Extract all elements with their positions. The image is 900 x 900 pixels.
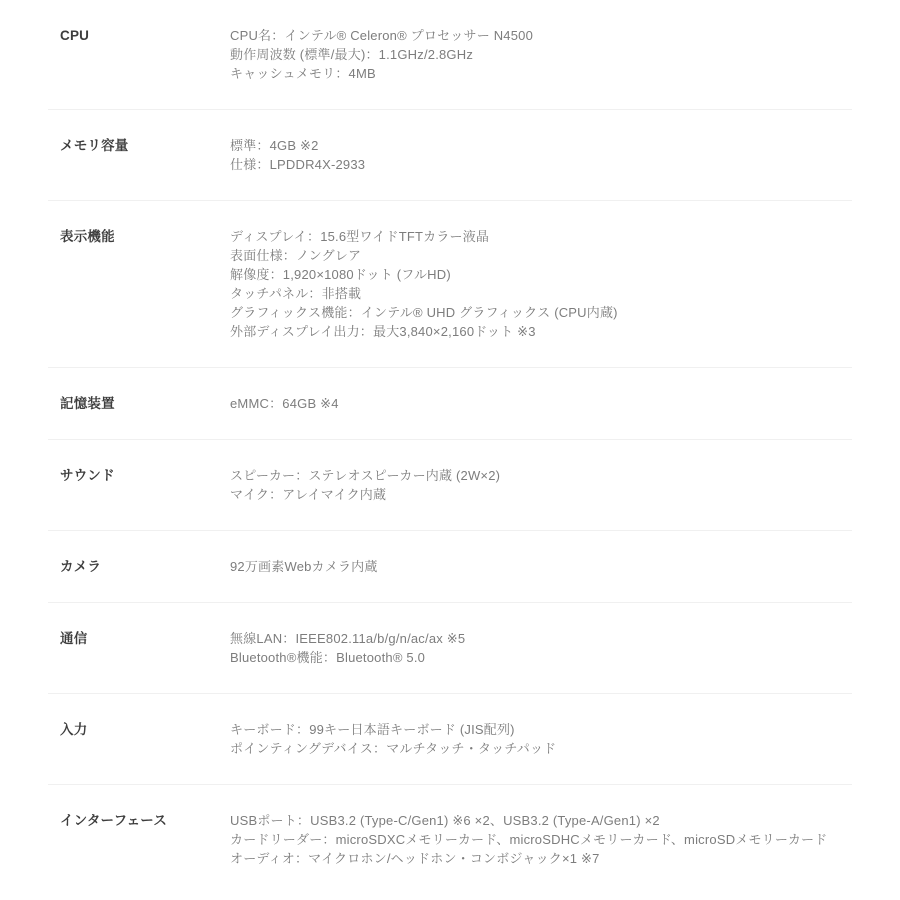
spec-line: キャッシュメモリ：4MB [230,64,852,83]
spec-row-label: 入力 [48,720,230,739]
spec-row: 通信 無線LAN：IEEE802.11a/b/g/n/ac/ax ※5Bluet… [48,603,852,694]
spec-line: グラフィックス機能：インテル® UHD グラフィックス (CPU内蔵) [230,303,852,322]
spec-line: カードリーダー：microSDXCメモリーカード、microSDHCメモリーカー… [230,830,852,849]
spec-line: eMMC：64GB ※4 [230,394,852,413]
spec-row-value: eMMC：64GB ※4 [230,394,852,413]
spec-line: キーボード：99キー日本語キーボード (JIS配列) [230,720,852,739]
spec-row: 記憶装置 eMMC：64GB ※4 [48,368,852,440]
spec-line: 解像度：1,920×1080ドット (フルHD) [230,265,852,284]
spec-line: 動作周波数 (標準/最大)：1.1GHz/2.8GHz [230,45,852,64]
spec-line: 仕様：LPDDR4X-2933 [230,155,852,174]
spec-line: 無線LAN：IEEE802.11a/b/g/n/ac/ax ※5 [230,629,852,648]
spec-row: 表示機能 ディスプレイ：15.6型ワイドTFTカラー液晶表面仕様：ノングレア解像… [48,201,852,368]
spec-table: CPU CPU名：インテル® Celeron® プロセッサー N4500動作周波… [48,0,852,894]
spec-row-value: CPU名：インテル® Celeron® プロセッサー N4500動作周波数 (標… [230,26,852,83]
spec-line: ディスプレイ：15.6型ワイドTFTカラー液晶 [230,227,852,246]
spec-line: スピーカー：ステレオスピーカー内蔵 (2W×2) [230,466,852,485]
spec-row-label: サウンド [48,466,230,485]
spec-line: ポインティングデバイス：マルチタッチ・タッチパッド [230,739,852,758]
spec-row-value: ディスプレイ：15.6型ワイドTFTカラー液晶表面仕様：ノングレア解像度：1,9… [230,227,852,341]
spec-row-value: 92万画素Webカメラ内蔵 [230,557,852,576]
spec-row-label: インターフェース [48,811,230,830]
spec-row: 入力 キーボード：99キー日本語キーボード (JIS配列)ポインティングデバイス… [48,694,852,785]
spec-row-label: 表示機能 [48,227,230,246]
spec-row-value: スピーカー：ステレオスピーカー内蔵 (2W×2)マイク：アレイマイク内蔵 [230,466,852,504]
spec-row: サウンド スピーカー：ステレオスピーカー内蔵 (2W×2)マイク：アレイマイク内… [48,440,852,531]
spec-row: CPU CPU名：インテル® Celeron® プロセッサー N4500動作周波… [48,0,852,110]
spec-line: 92万画素Webカメラ内蔵 [230,557,852,576]
spec-row: メモリ容量 標準：4GB ※2仕様：LPDDR4X-2933 [48,110,852,201]
spec-line: CPU名：インテル® Celeron® プロセッサー N4500 [230,26,852,45]
spec-line: オーディオ：マイクロホン/ヘッドホン・コンボジャック×1 ※7 [230,849,852,868]
spec-row-value: キーボード：99キー日本語キーボード (JIS配列)ポインティングデバイス：マル… [230,720,852,758]
spec-row-label: 記憶装置 [48,394,230,413]
spec-line: Bluetooth®機能：Bluetooth® 5.0 [230,648,852,667]
spec-line: タッチパネル：非搭載 [230,284,852,303]
spec-row-label: カメラ [48,557,230,576]
spec-row: インターフェース USBポート：USB3.2 (Type-C/Gen1) ※6 … [48,785,852,894]
spec-row-value: USBポート：USB3.2 (Type-C/Gen1) ※6 ×2、USB3.2… [230,811,852,868]
spec-row-value: 標準：4GB ※2仕様：LPDDR4X-2933 [230,136,852,174]
spec-line: 表面仕様：ノングレア [230,246,852,265]
spec-row-value: 無線LAN：IEEE802.11a/b/g/n/ac/ax ※5Bluetoot… [230,629,852,667]
spec-line: 標準：4GB ※2 [230,136,852,155]
spec-row-label: メモリ容量 [48,136,230,155]
spec-row: カメラ 92万画素Webカメラ内蔵 [48,531,852,603]
spec-line: 外部ディスプレイ出力：最大3,840×2,160ドット ※3 [230,322,852,341]
spec-row-label: 通信 [48,629,230,648]
spec-row-label: CPU [48,26,230,45]
spec-line: マイク：アレイマイク内蔵 [230,485,852,504]
spec-line: USBポート：USB3.2 (Type-C/Gen1) ※6 ×2、USB3.2… [230,811,852,830]
